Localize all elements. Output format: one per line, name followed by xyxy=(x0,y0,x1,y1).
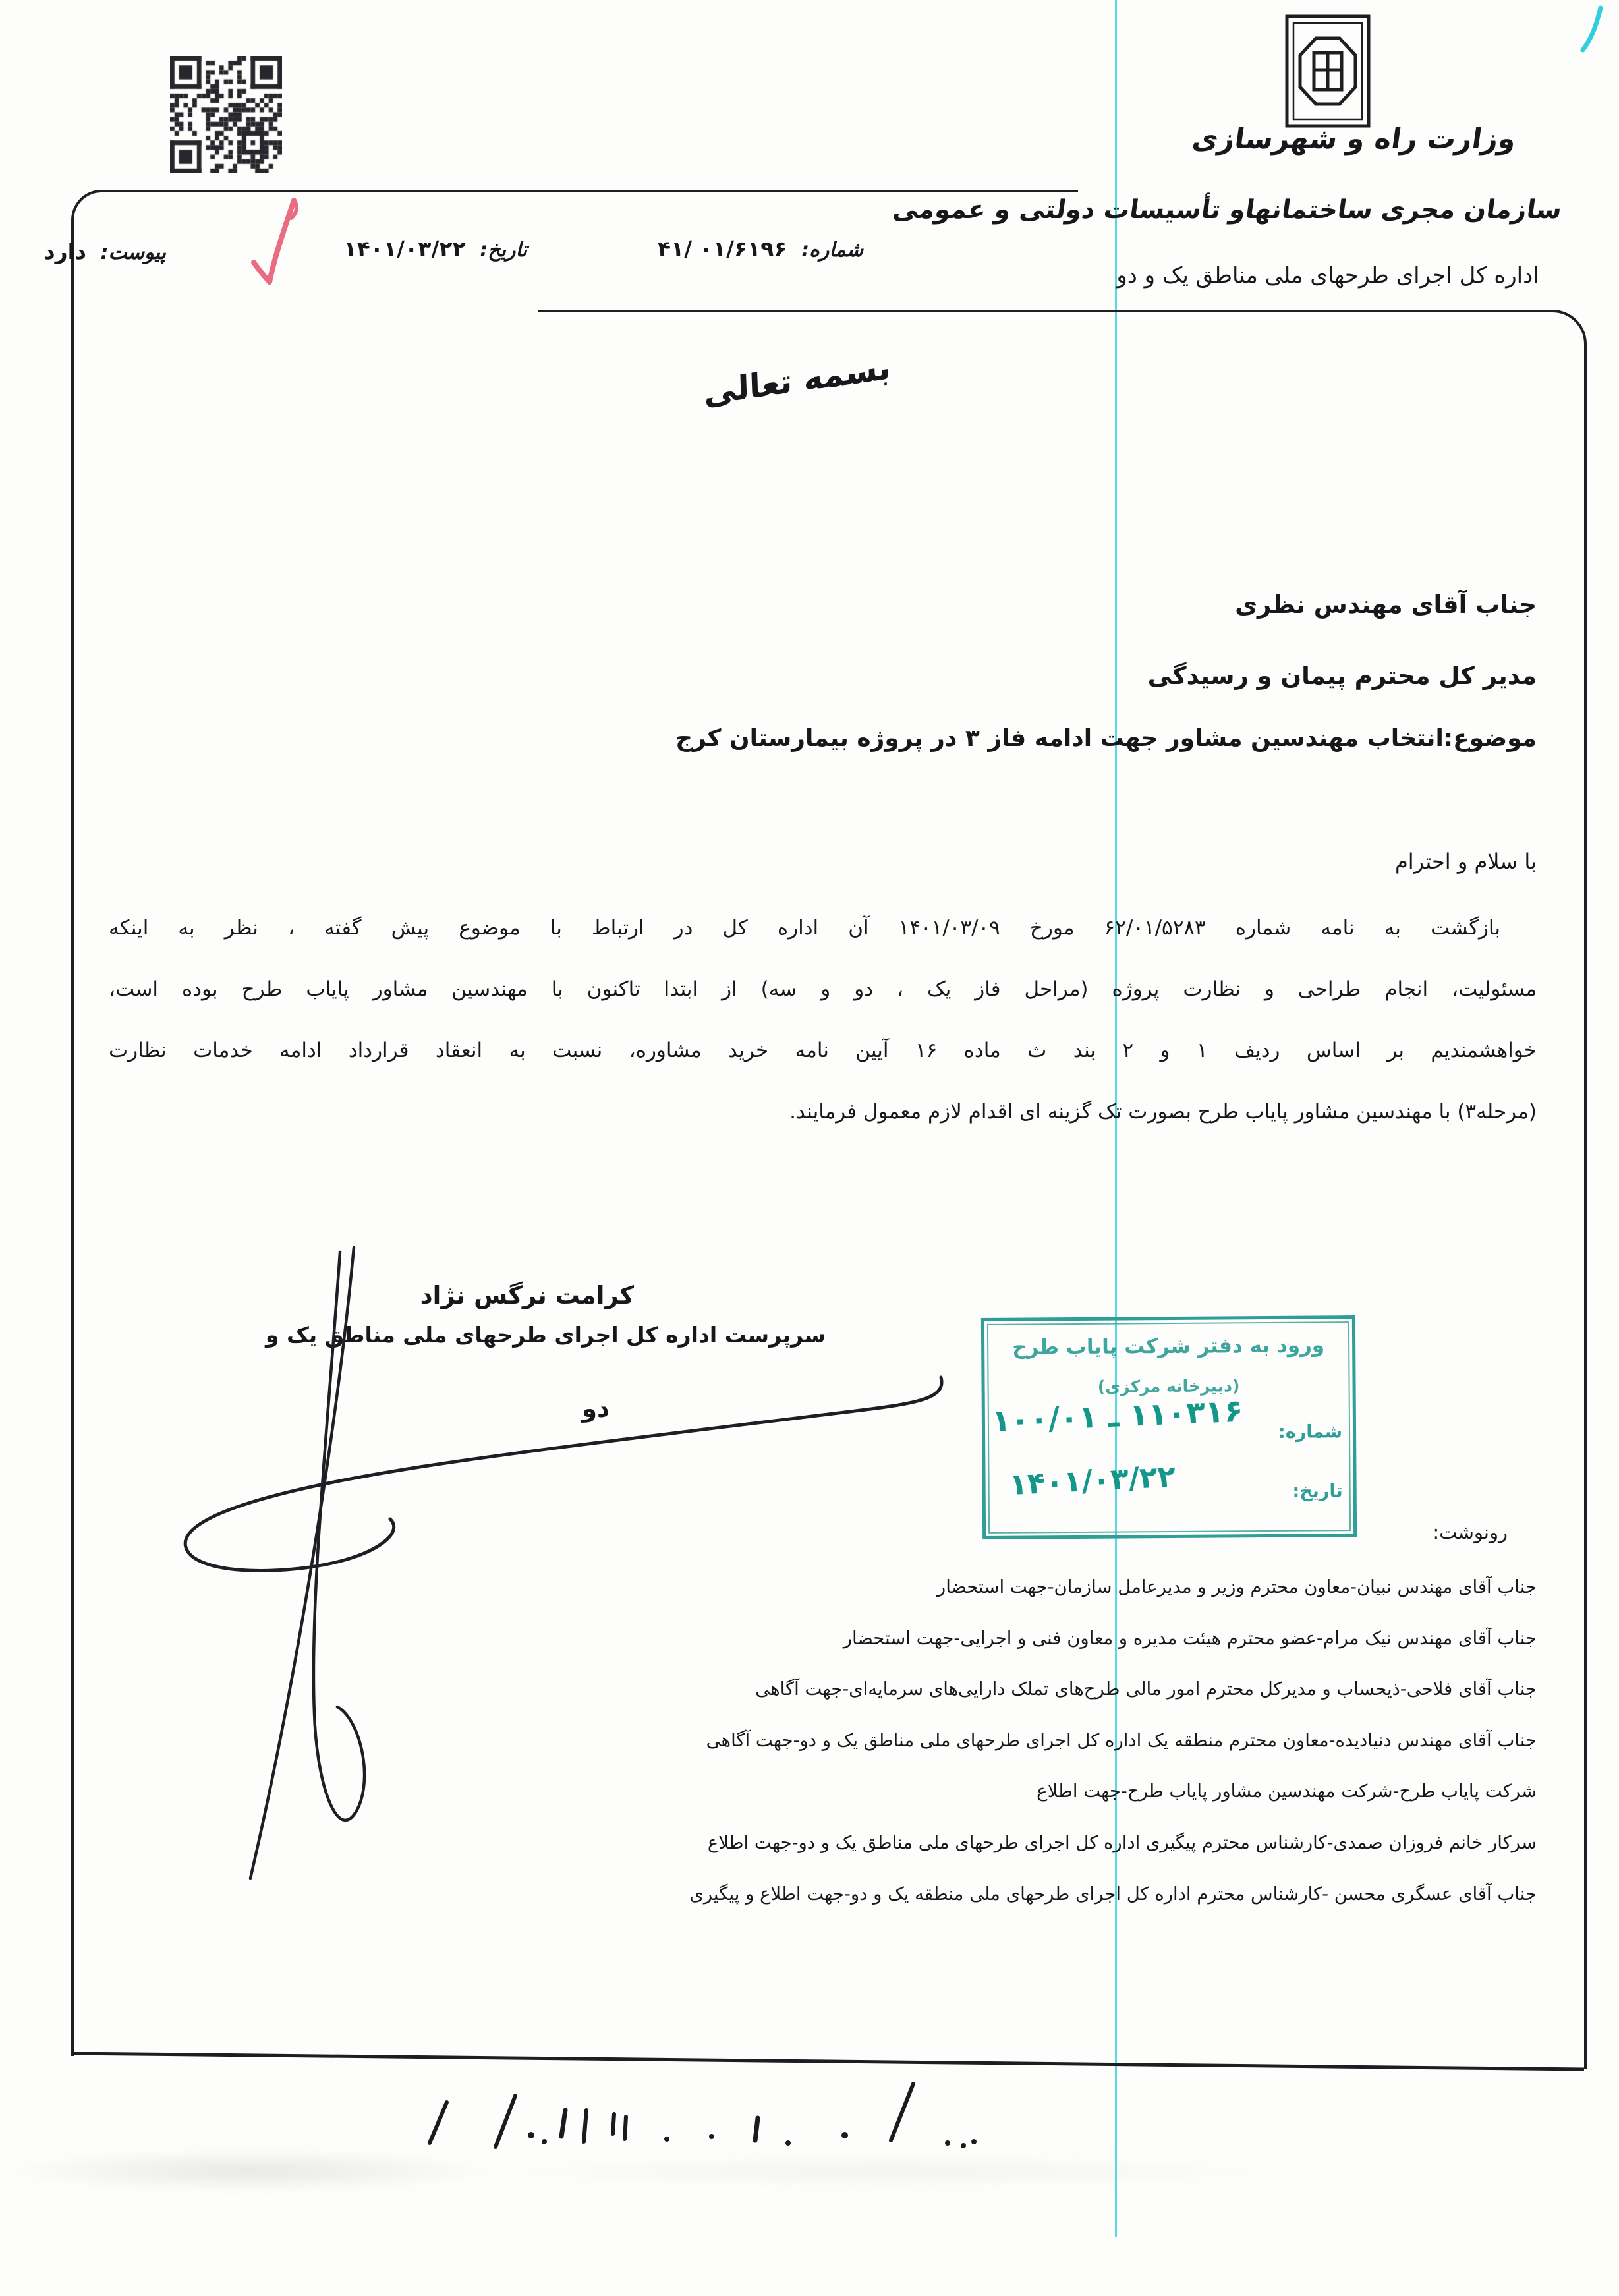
letter-number-value: ۴۱/ ۰۱/۶۱۹۶ xyxy=(658,236,787,262)
receipt-stamp: ورود به دفتر شرکت پایاب طرح (دبیرخانه مر… xyxy=(981,1315,1357,1539)
scan-smudge xyxy=(0,2150,501,2192)
cc-item: جناب آقای فلاحی-ذیحساب و مدیرکل محترم ام… xyxy=(755,1679,1537,1700)
letter-attachment-label: پیوست: xyxy=(101,241,167,264)
stamp-subtitle: (دبیرخانه مرکزی) xyxy=(984,1375,1352,1397)
letter-frame-right xyxy=(538,310,1587,2069)
scan-smudge xyxy=(461,2156,1318,2187)
cc-item: جناب آقای مهندس نیک مرام-عضو محترم هیئت … xyxy=(843,1628,1537,1649)
body-line: بازگشت به نامه شماره ۶۲/۰۱/۵۲۸۳ مورخ ۱۴۰… xyxy=(109,898,1537,959)
corner-pen-mark xyxy=(1583,8,1601,50)
letterhead-organization: سازمان مجری ساختمانهاو تأسیسات دولتی و ع… xyxy=(1092,195,1564,225)
body-line: خواهشمندیم بر اساس ردیف ۱ و ۲ بند ث ماده… xyxy=(109,1020,1537,1081)
letter-date-label: تاریخ: xyxy=(480,239,527,262)
letter-body: بازگشت به نامه شماره ۶۲/۰۱/۵۲۸۳ مورخ ۱۴۰… xyxy=(109,898,1537,1143)
cc-item: شرکت پایاب طرح-شرکت مهندسین مشاور پایاب … xyxy=(1037,1781,1537,1802)
signer-title-continued: دو xyxy=(582,1394,610,1423)
letter-attachment-field: پیوست: دارد xyxy=(44,239,166,264)
cc-item: سرکار خانم فروزان صمدی-کارشناس محترم پیگ… xyxy=(708,1832,1537,1853)
letter-date-value: ۱۴۰۱/۰۳/۲۲ xyxy=(343,236,465,262)
recipient-name: جناب آقای مهندس نظری xyxy=(1235,590,1537,619)
cutoff-handwriting xyxy=(430,2084,977,2148)
cc-label: رونوشت: xyxy=(1433,1521,1508,1543)
subject-line: موضوع:انتخاب مهندسین مشاور جهت ادامه فاز… xyxy=(675,725,1537,752)
body-line: مسئولیت، انجام طراحی و نظارت پروژه (مراح… xyxy=(109,959,1537,1020)
stamp-title: ورود به دفتر شرکت پایاب طرح xyxy=(984,1333,1352,1360)
body-line: (مرحله۳) با مهندسین مشاور پایاب طرح بصور… xyxy=(109,1081,1537,1143)
cc-item: جناب آقای مهندس نبیان-معاون محترم وزیر و… xyxy=(937,1576,1537,1597)
cc-item: جناب آقای مهندس دنیادیده-معاون محترم منط… xyxy=(706,1730,1537,1751)
recipient-title: مدیر کل محترم پیمان و رسیدگی xyxy=(1148,662,1537,690)
stamp-number-label: شماره: xyxy=(1278,1421,1342,1443)
signer-name: کرامت نرگس نژاد xyxy=(420,1281,634,1309)
qr-code xyxy=(170,56,282,173)
stamp-date-label: تاریخ: xyxy=(1292,1481,1342,1502)
letterhead-department: اداره کل اجرای طرحهای ملی مناطق یک و دو xyxy=(1107,262,1548,289)
salutation: با سلام و احترام xyxy=(1395,849,1537,874)
letterhead-ministry: وزارت راه و شهرسازی xyxy=(1118,123,1590,156)
letter-date-field: تاریخ: ۱۴۰۱/۰۳/۲۲ xyxy=(343,236,527,262)
letter-attachment-value: دارد xyxy=(44,239,86,264)
letter-number-field: شماره: ۴۱/ ۰۱/۶۱۹۶ xyxy=(658,236,863,262)
cc-item: جناب آقای عسگری محسن -کارشناس محترم ادار… xyxy=(689,1883,1537,1905)
ministry-emblem-logo xyxy=(1285,14,1371,128)
scanned-letter-page: وزارت راه و شهرسازی سازمان مجری ساختمانه… xyxy=(0,0,1619,2296)
letter-number-label: شماره: xyxy=(801,239,863,262)
signer-title: سرپرست اداره کل اجرای طرحهای ملی مناطق ی… xyxy=(266,1322,826,1348)
